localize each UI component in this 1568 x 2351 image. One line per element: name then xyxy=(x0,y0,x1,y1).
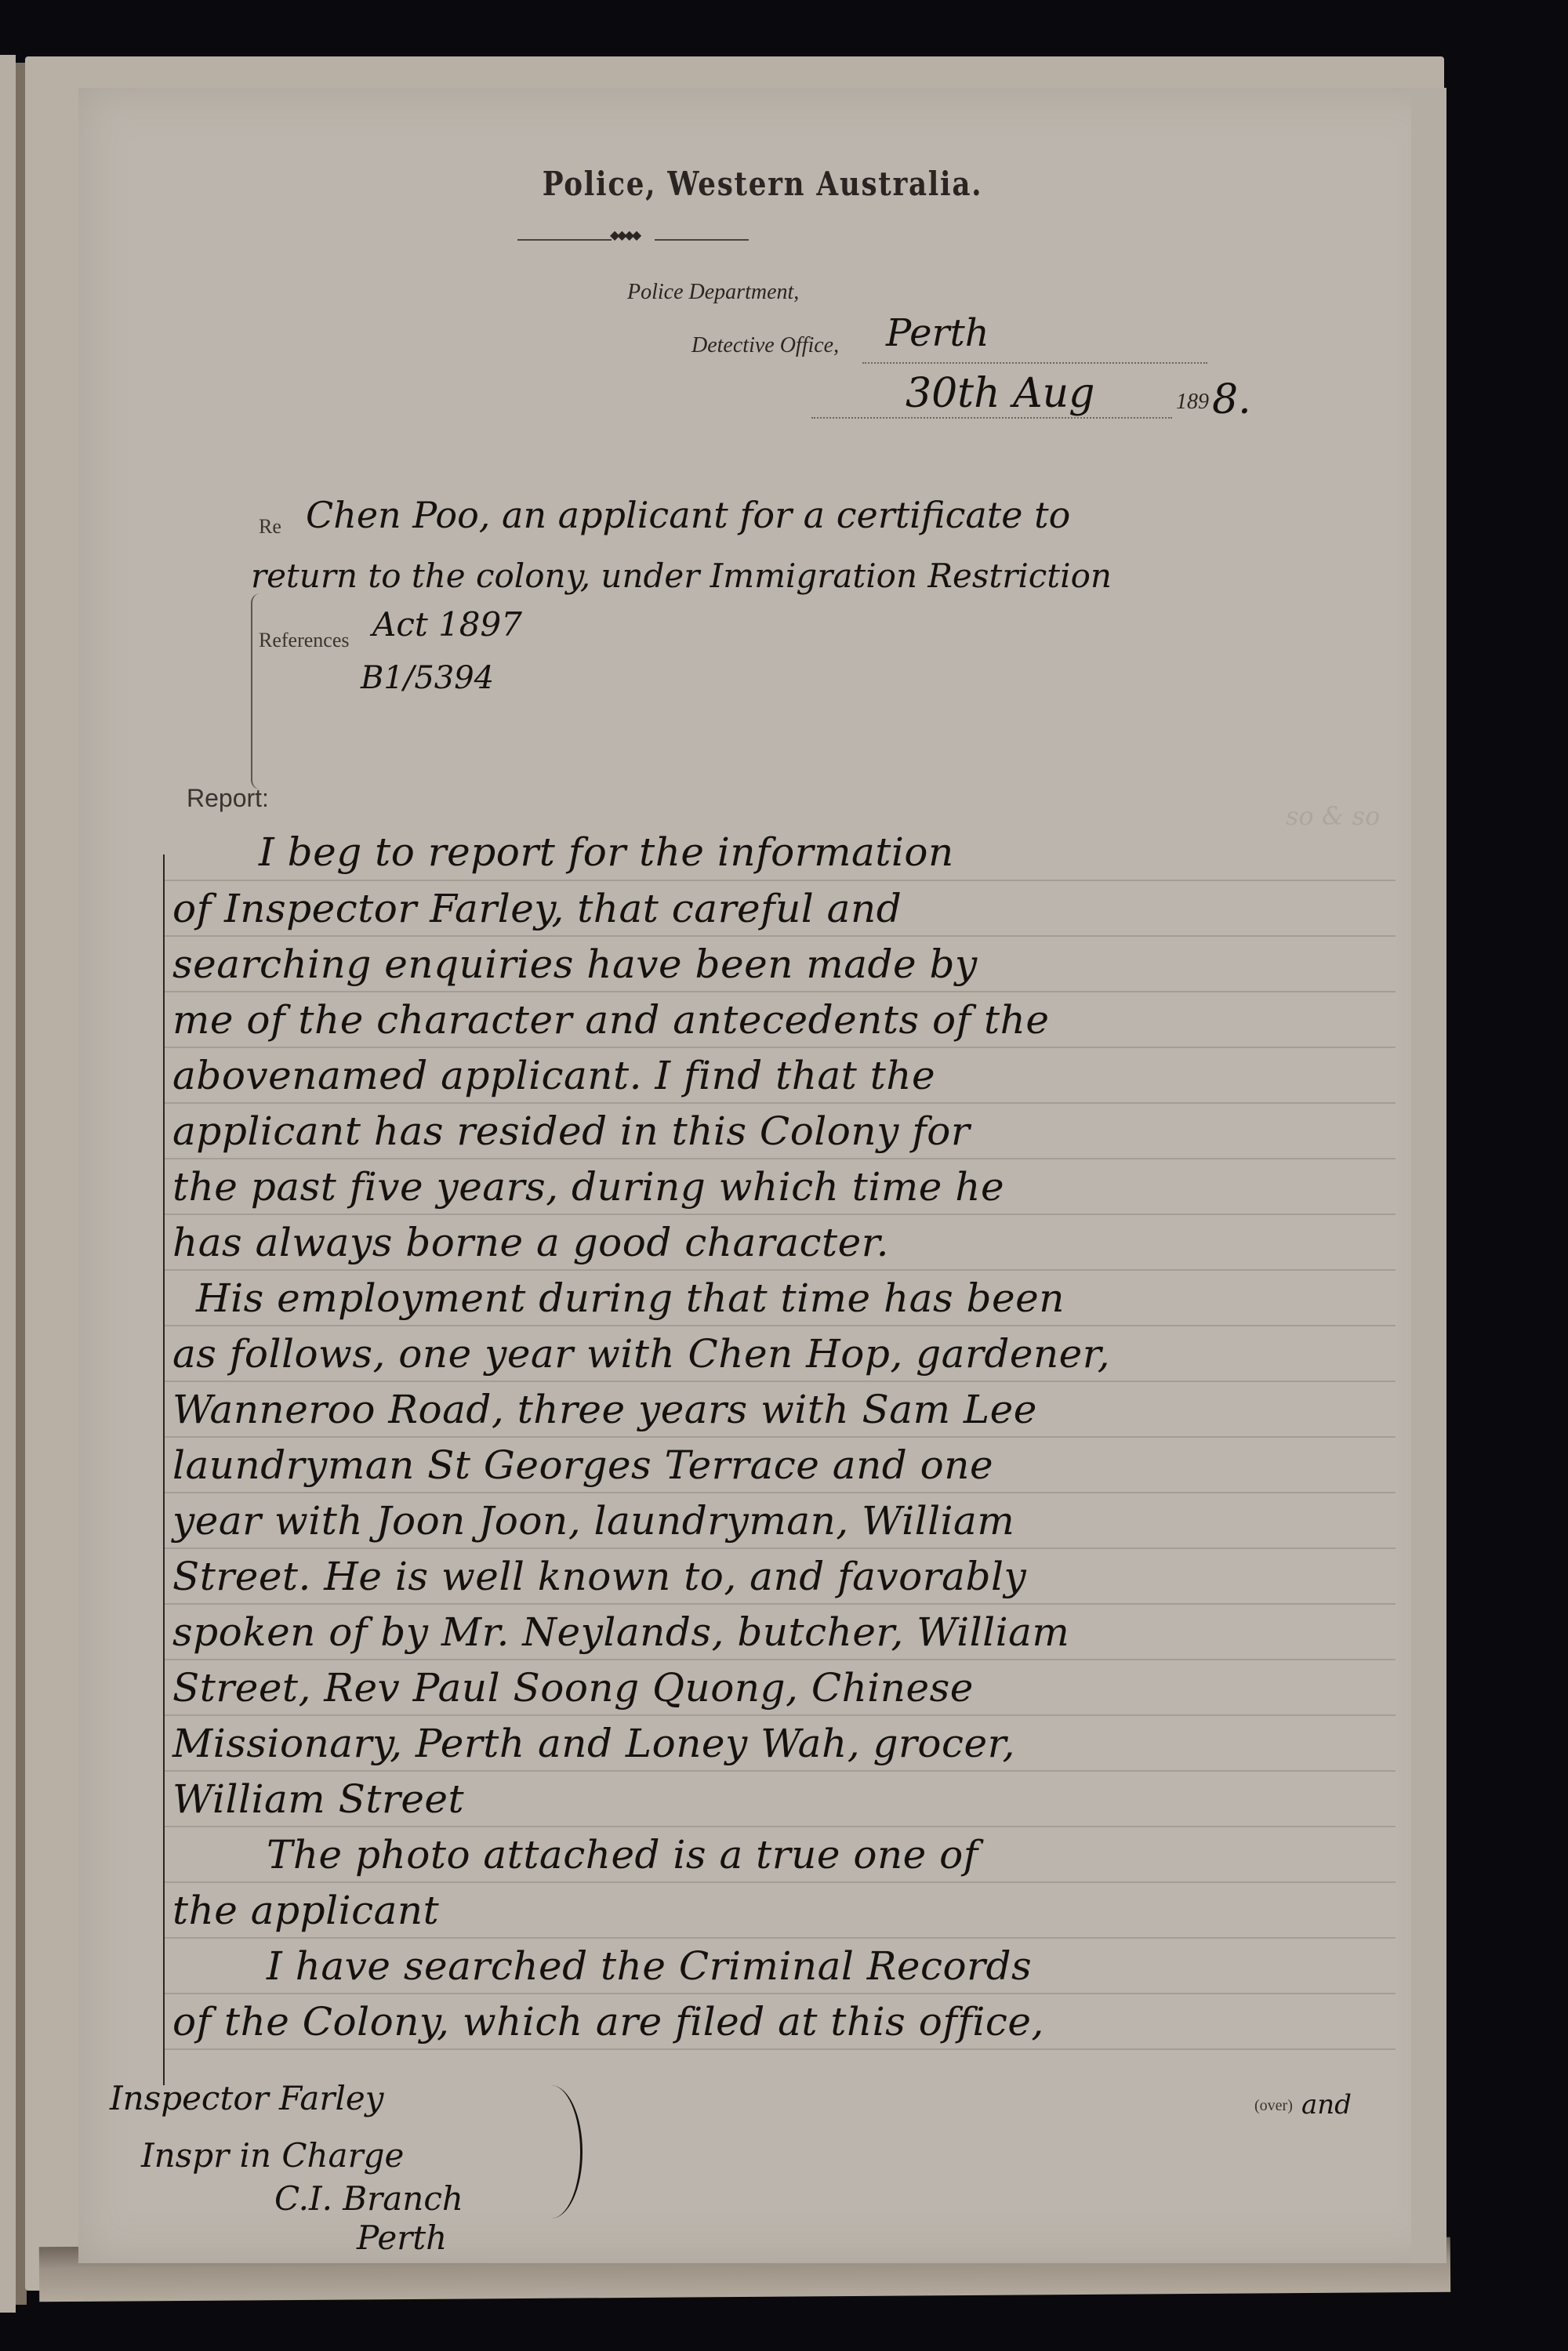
report-line: William Street xyxy=(172,1776,464,1822)
ornament-rule-left xyxy=(517,239,612,241)
addressee-line-2: Inspr in Charge xyxy=(141,2136,404,2175)
sheet-fold-strip xyxy=(1411,88,1446,2263)
subject-line-2: return to the colony, under Immigration … xyxy=(251,557,1112,595)
ruled-line xyxy=(165,1714,1396,1716)
report-line: Wanneroo Road, three years with Sam Lee xyxy=(172,1387,1037,1432)
report-line: spoken of by Mr. Neylands, butcher, Will… xyxy=(172,1609,1069,1655)
report-line: Street, Rev Paul Soong Quong, Chinese xyxy=(172,1665,974,1711)
ruled-line xyxy=(165,1380,1396,1382)
re-label: Re xyxy=(259,515,281,539)
ruled-line xyxy=(165,1325,1396,1326)
report-line: year with Joon Joon, laundryman, William xyxy=(172,1498,1014,1544)
ruled-line xyxy=(165,1102,1396,1104)
report-line: the applicant xyxy=(172,1888,439,1933)
ruled-line xyxy=(165,1436,1396,1438)
adjacent-page-edge xyxy=(0,55,16,2313)
ruled-line xyxy=(165,1547,1396,1549)
ruled-line xyxy=(165,1937,1396,1939)
report-line: I have searched the Criminal Records xyxy=(267,1943,1032,1989)
faded-bleedthrough-note: so & so xyxy=(1286,801,1380,831)
ruled-line xyxy=(165,1993,1396,1994)
report-line: as follows, one year with Chen Hop, gard… xyxy=(172,1331,1110,1377)
date-dotted-line xyxy=(811,417,1172,419)
ruled-line xyxy=(165,1047,1396,1048)
ruled-line xyxy=(165,935,1396,937)
report-line: applicant has resided in this Colony for xyxy=(172,1108,970,1154)
ruled-line xyxy=(165,1770,1396,1772)
addressee-line-4: Perth xyxy=(357,2219,447,2257)
ruled-line xyxy=(165,1826,1396,1827)
year-printed: 189 xyxy=(1176,390,1209,415)
reference-number: B1/5394 xyxy=(361,660,494,696)
ruled-line xyxy=(165,991,1396,992)
detective-office-label: Detective Office, xyxy=(691,333,839,358)
report-line: has always borne a good character. xyxy=(172,1220,889,1265)
report-date: 30th Aug xyxy=(906,370,1094,417)
ruled-line xyxy=(165,1214,1396,1215)
margin-rule xyxy=(163,854,165,2085)
report-line: abovenamed applicant. I find that the xyxy=(172,1053,935,1098)
report-line: I beg to report for the information xyxy=(259,829,954,875)
document-photo: Police, Western Australia. ◆◆◆◆ Police D… xyxy=(0,0,1568,2351)
ruled-line xyxy=(165,1659,1396,1660)
subject-line-3: Act 1897 xyxy=(372,605,522,644)
overleaf-marker: (over) xyxy=(1254,2097,1293,2115)
continuation-word: and xyxy=(1301,2089,1352,2121)
subject-line-1: Chen Poo, an applicant for a certificate… xyxy=(306,494,1070,536)
ruled-line xyxy=(165,1158,1396,1159)
report-line: searching enquiries have been made by xyxy=(172,941,978,987)
ruled-line xyxy=(165,1603,1396,1605)
ruled-line xyxy=(165,880,1396,881)
letterhead-title: Police, Western Australia. xyxy=(181,165,1344,203)
ruled-line xyxy=(165,1881,1396,1883)
office-place: Perth xyxy=(886,311,989,355)
references-label: References xyxy=(259,629,349,652)
addressee-line-3: C.I. Branch xyxy=(274,2179,463,2218)
ruled-line xyxy=(165,2048,1396,2050)
report-line: the past five years, during which time h… xyxy=(172,1164,1004,1210)
report-line: Missionary, Perth and Loney Wah, grocer, xyxy=(172,1721,1015,1766)
report-line: Street. He is well known to, and favorab… xyxy=(172,1554,1026,1599)
ornament-rule-right xyxy=(655,239,749,241)
place-dotted-line xyxy=(862,362,1207,364)
subject-bracket xyxy=(251,593,262,789)
report-line: laundryman St Georges Terrace and one xyxy=(172,1442,993,1488)
police-department-label: Police Department, xyxy=(627,280,799,305)
ornament-diamonds-icon: ◆◆◆◆ xyxy=(610,227,639,242)
addressee-line-1: Inspector Farley xyxy=(110,2079,383,2117)
report-line: His employment during that time has been xyxy=(196,1275,1065,1321)
report-line: of Inspector Farley, that careful and xyxy=(172,886,902,931)
report-line: me of the character and antecedents of t… xyxy=(172,997,1049,1043)
report-line: of the Colony, which are filed at this o… xyxy=(172,1999,1044,2044)
ruled-line xyxy=(165,1269,1396,1271)
report-label: Report: xyxy=(187,784,269,813)
ruled-line xyxy=(165,1492,1396,1493)
year-handwritten: 8. xyxy=(1212,376,1251,423)
report-line: The photo attached is a true one of xyxy=(267,1832,978,1878)
